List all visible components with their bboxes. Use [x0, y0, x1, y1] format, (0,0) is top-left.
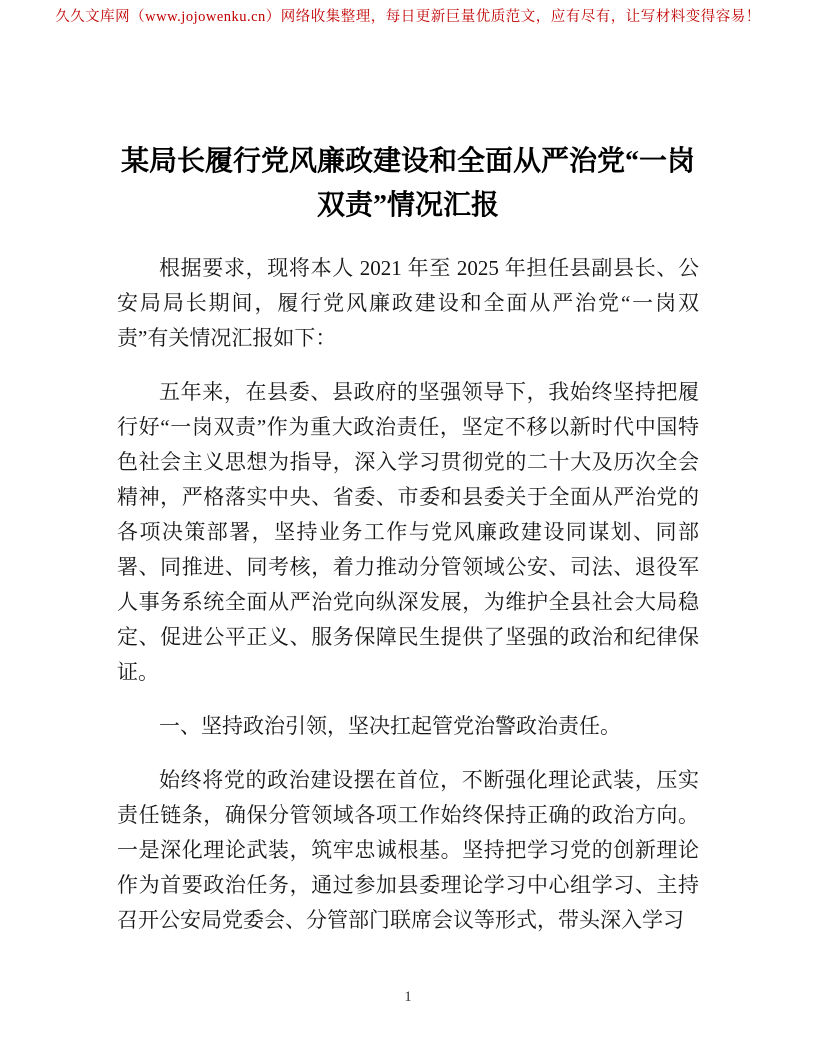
section-heading-1: 一、坚持政治引领，坚决扛起管党治警政治责任。	[117, 709, 699, 744]
paragraph-section-1-body: 始终将党的政治建设摆在首位，不断强化理论武装，压实责任链条，确保分管领域各项工作…	[117, 763, 699, 938]
document-page: 久久文库网（www.jojowenku.cn）网络收集整理，每日更新巨量优质范文…	[0, 0, 816, 1056]
page-number: 1	[0, 989, 816, 1006]
paragraph-overview: 五年来，在县委、县政府的坚强领导下，我始终坚持把履行好“一岗双责”作为重大政治责…	[117, 375, 699, 690]
paragraph-intro: 根据要求，现将本人 2021 年至 2025 年担任县副县长、公安局局长期间，履…	[117, 251, 699, 356]
document-title: 某局长履行党风廉政建设和全面从严治党“一岗双责”情况汇报	[117, 140, 699, 228]
document-body: 某局长履行党风廉政建设和全面从严治党“一岗双责”情况汇报 根据要求，现将本人 2…	[117, 0, 699, 938]
